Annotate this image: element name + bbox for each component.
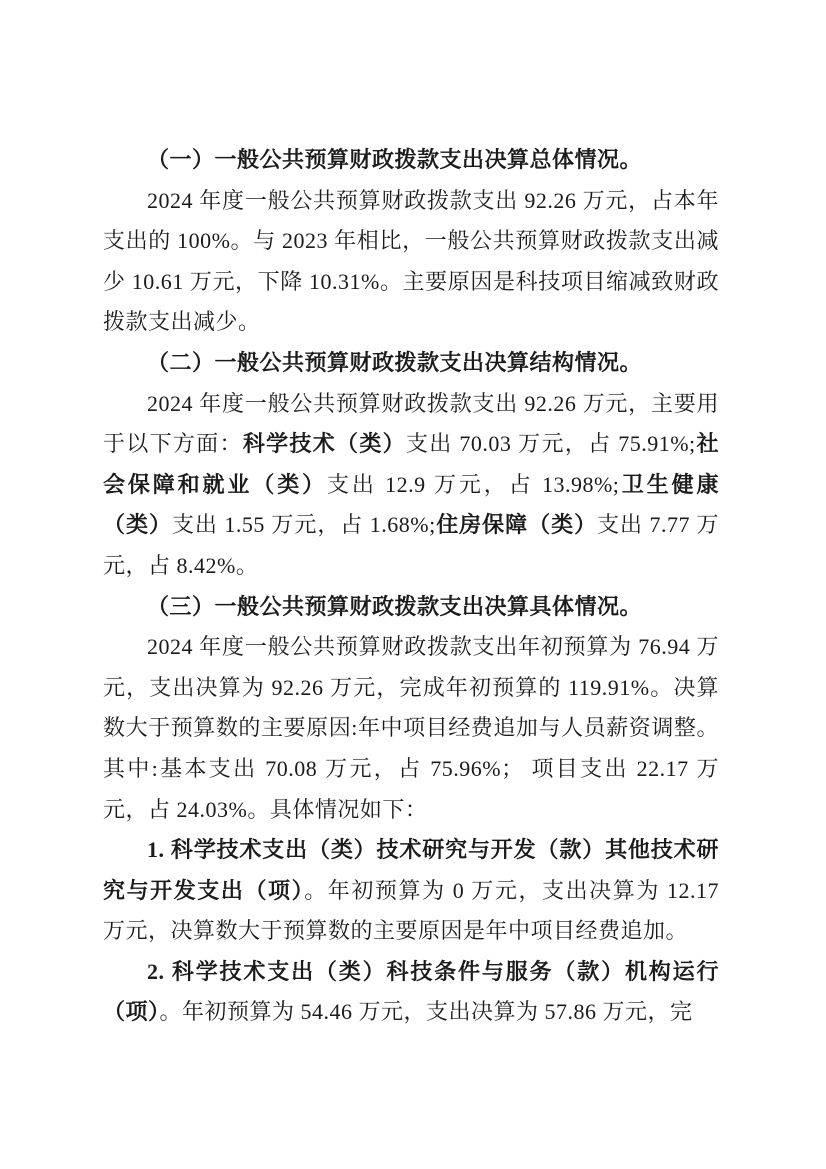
text-run: 支出 12.9 万元，占 13.98%; [327,472,619,497]
heading-text: （一）一般公共预算财政拨款支出决算总体情况。 [147,147,642,172]
paragraph-specific-situation: 2024 年度一般公共预算财政拨款支出年初预算为 76.94 万元，支出决算为 … [103,627,719,830]
paragraph-structure-situation: 2024 年度一般公共预算财政拨款支出 92.26 万元，主要用于以下方面：科学… [103,384,719,587]
document-content: （一）一般公共预算财政拨款支出决算总体情况。 2024 年度一般公共预算财政拨款… [103,140,719,1033]
text-run: 2024 年度一般公共预算财政拨款支出年初预算为 76.94 万元，支出决算为 … [103,634,719,821]
document-page: （一）一般公共预算财政拨款支出决算总体情况。 2024 年度一般公共预算财政拨款… [0,0,826,1169]
text-run: 2024 年度一般公共预算财政拨款支出 92.26 万元，占本年支出的 100%… [103,188,719,335]
text-run-science-tech-category: 科学技术（类） [243,431,406,456]
section-heading-3: （三）一般公共预算财政拨款支出决算具体情况。 [103,587,719,628]
paragraph-item-2: 2. 科学技术支出（类）科技条件与服务（款）机构运行（项）。年初预算为 54.4… [103,952,719,1033]
paragraph-item-1: 1. 科学技术支出（类）技术研究与开发（款）其他技术研究与开发支出（项）。年初预… [103,830,719,952]
text-run: 支出 70.03 万元，占 75.91%; [406,431,696,456]
section-heading-2: （二）一般公共预算财政拨款支出决算结构情况。 [103,343,719,384]
text-run-housing-category: 住房保障（类） [436,512,597,537]
text-run: 。年初预算为 54.46 万元，支出决算为 57.86 万元，完 [160,999,693,1024]
text-run: 支出 1.55 万元，占 1.68%; [172,512,436,537]
heading-text: （三）一般公共预算财政拨款支出决算具体情况。 [147,594,642,619]
paragraph-overall-situation: 2024 年度一般公共预算财政拨款支出 92.26 万元，占本年支出的 100%… [103,181,719,343]
heading-text: （二）一般公共预算财政拨款支出决算结构情况。 [147,350,642,375]
section-heading-1: （一）一般公共预算财政拨款支出决算总体情况。 [103,140,719,181]
